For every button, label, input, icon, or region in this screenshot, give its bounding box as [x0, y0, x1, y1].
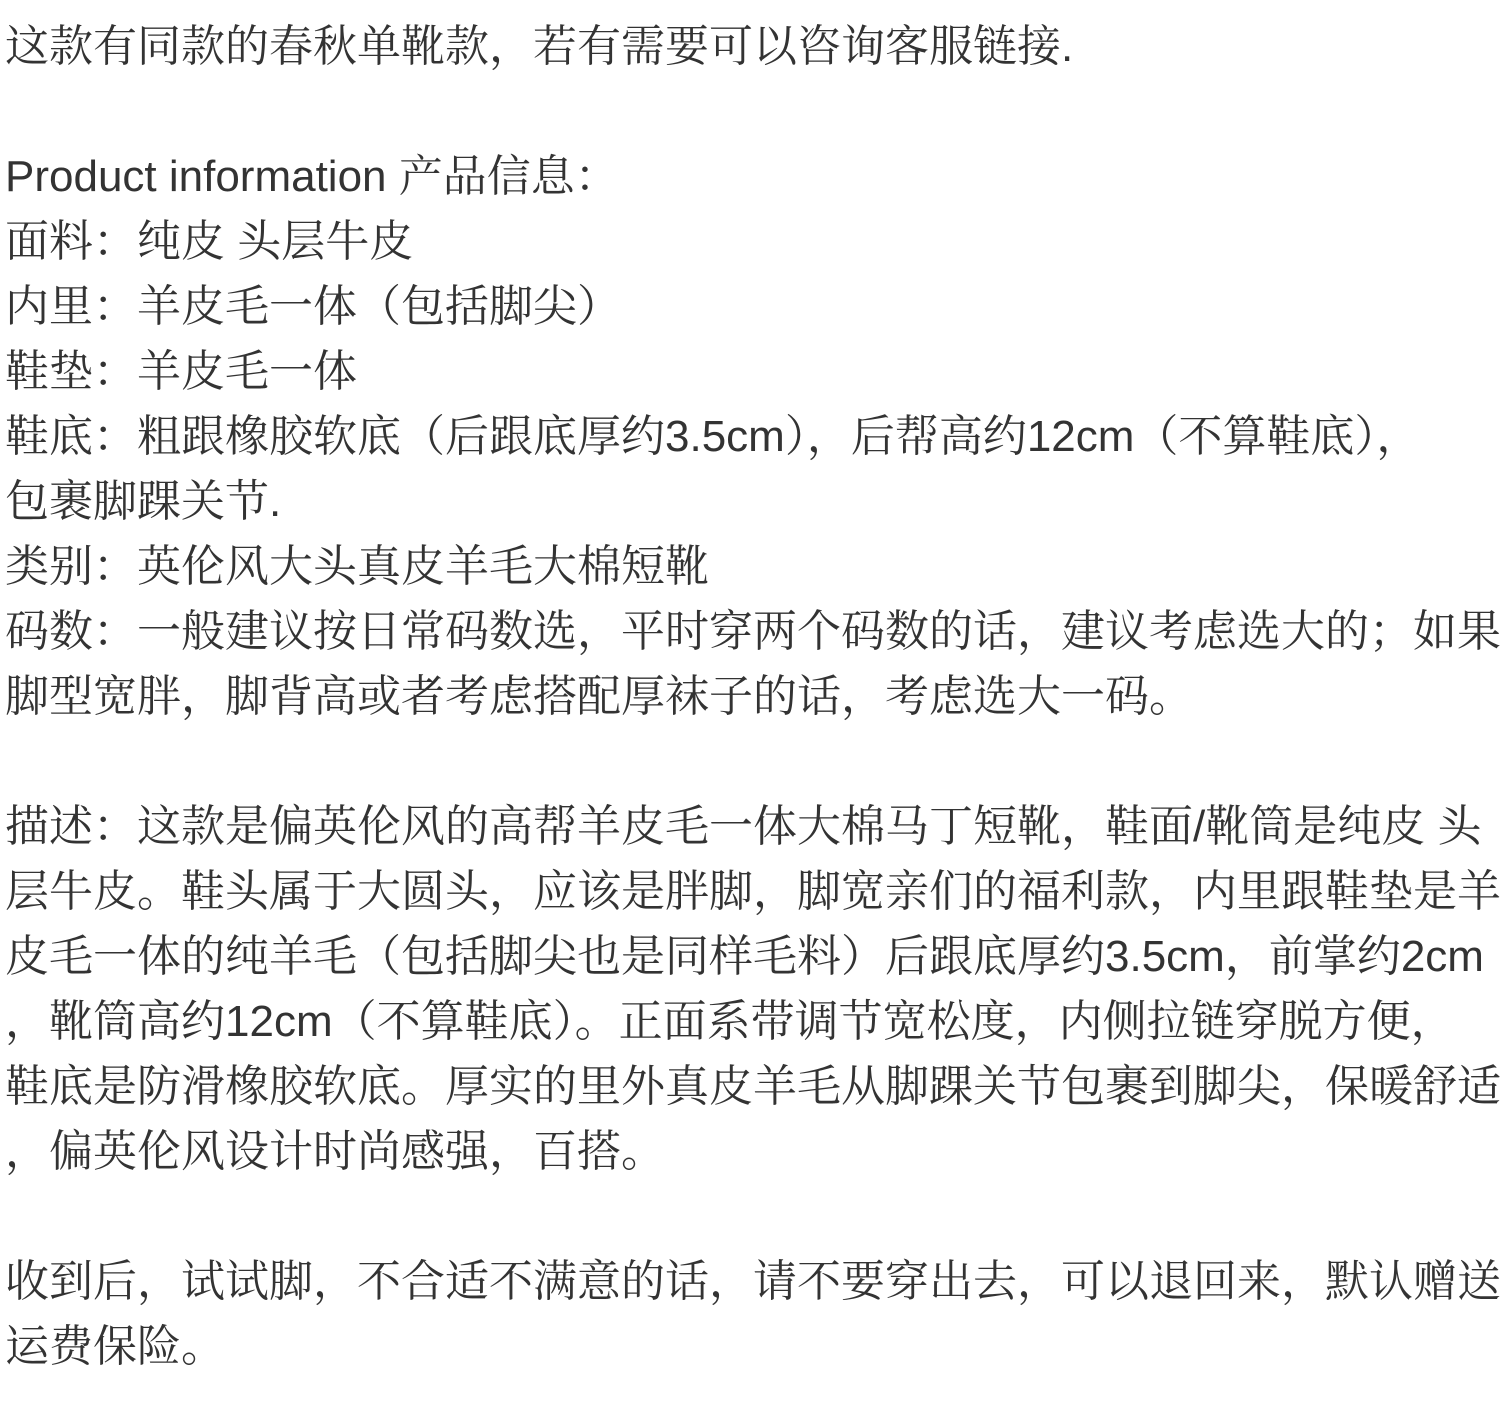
product-info-fabric: 面料：纯皮 头层牛皮 — [5, 209, 1500, 274]
product-info-sole-line-1: 鞋底：粗跟橡胶软底（后跟底厚约3.5cm），后帮高约12cm（不算鞋底）， — [5, 404, 1500, 469]
return-policy-line-2: 运费保险。 — [5, 1314, 1500, 1379]
intro-text: 这款有同款的春秋单靴款，若有需要可以咨询客服链接. — [5, 14, 1500, 79]
return-policy-line-1: 收到后，试试脚，不合适不满意的话，请不要穿出去，可以退回来，默认赠送 — [5, 1249, 1500, 1314]
product-description-document: 这款有同款的春秋单靴款，若有需要可以咨询客服链接. Product inform… — [0, 0, 1500, 1379]
product-info-sizing-line-1: 码数：一般建议按日常码数选，平时穿两个码数的话，建议考虑选大的；如果 — [5, 599, 1500, 664]
description-line-1: 描述：这款是偏英伦风的高帮羊皮毛一体大棉马丁短靴，鞋面/靴筒是纯皮 头 — [5, 794, 1500, 859]
return-policy-paragraph: 收到后，试试脚，不合适不满意的话，请不要穿出去，可以退回来，默认赠送 运费保险。 — [5, 1249, 1500, 1379]
product-info-sole-line-2: 包裹脚踝关节. — [5, 469, 1500, 534]
product-info-heading: Product information 产品信息： — [5, 144, 1500, 209]
product-info-paragraph: Product information 产品信息： 面料：纯皮 头层牛皮 内里：… — [5, 144, 1500, 729]
product-info-sizing-line-2: 脚型宽胖，脚背高或者考虑搭配厚袜子的话，考虑选大一码。 — [5, 664, 1500, 729]
product-info-insole: 鞋垫：羊皮毛一体 — [5, 339, 1500, 404]
product-info-lining: 内里：羊皮毛一体（包括脚尖） — [5, 274, 1500, 339]
description-line-5: 鞋底是防滑橡胶软底。厚实的里外真皮羊毛从脚踝关节包裹到脚尖，保暖舒适 — [5, 1054, 1500, 1119]
description-line-6: ，偏英伦风设计时尚感强，百搭。 — [5, 1119, 1500, 1184]
product-info-category: 类别：英伦风大头真皮羊毛大棉短靴 — [5, 534, 1500, 599]
description-paragraph: 描述：这款是偏英伦风的高帮羊皮毛一体大棉马丁短靴，鞋面/靴筒是纯皮 头 层牛皮。… — [5, 794, 1500, 1184]
description-line-3: 皮毛一体的纯羊毛（包括脚尖也是同样毛料）后跟底厚约3.5cm，前掌约2cm — [5, 924, 1500, 989]
description-line-2: 层牛皮。鞋头属于大圆头，应该是胖脚，脚宽亲们的福利款，内里跟鞋垫是羊 — [5, 859, 1500, 924]
description-line-4: ，靴筒高约12cm（不算鞋底）。正面系带调节宽松度，内侧拉链穿脱方便， — [5, 989, 1500, 1054]
intro-paragraph: 这款有同款的春秋单靴款，若有需要可以咨询客服链接. — [5, 14, 1500, 79]
